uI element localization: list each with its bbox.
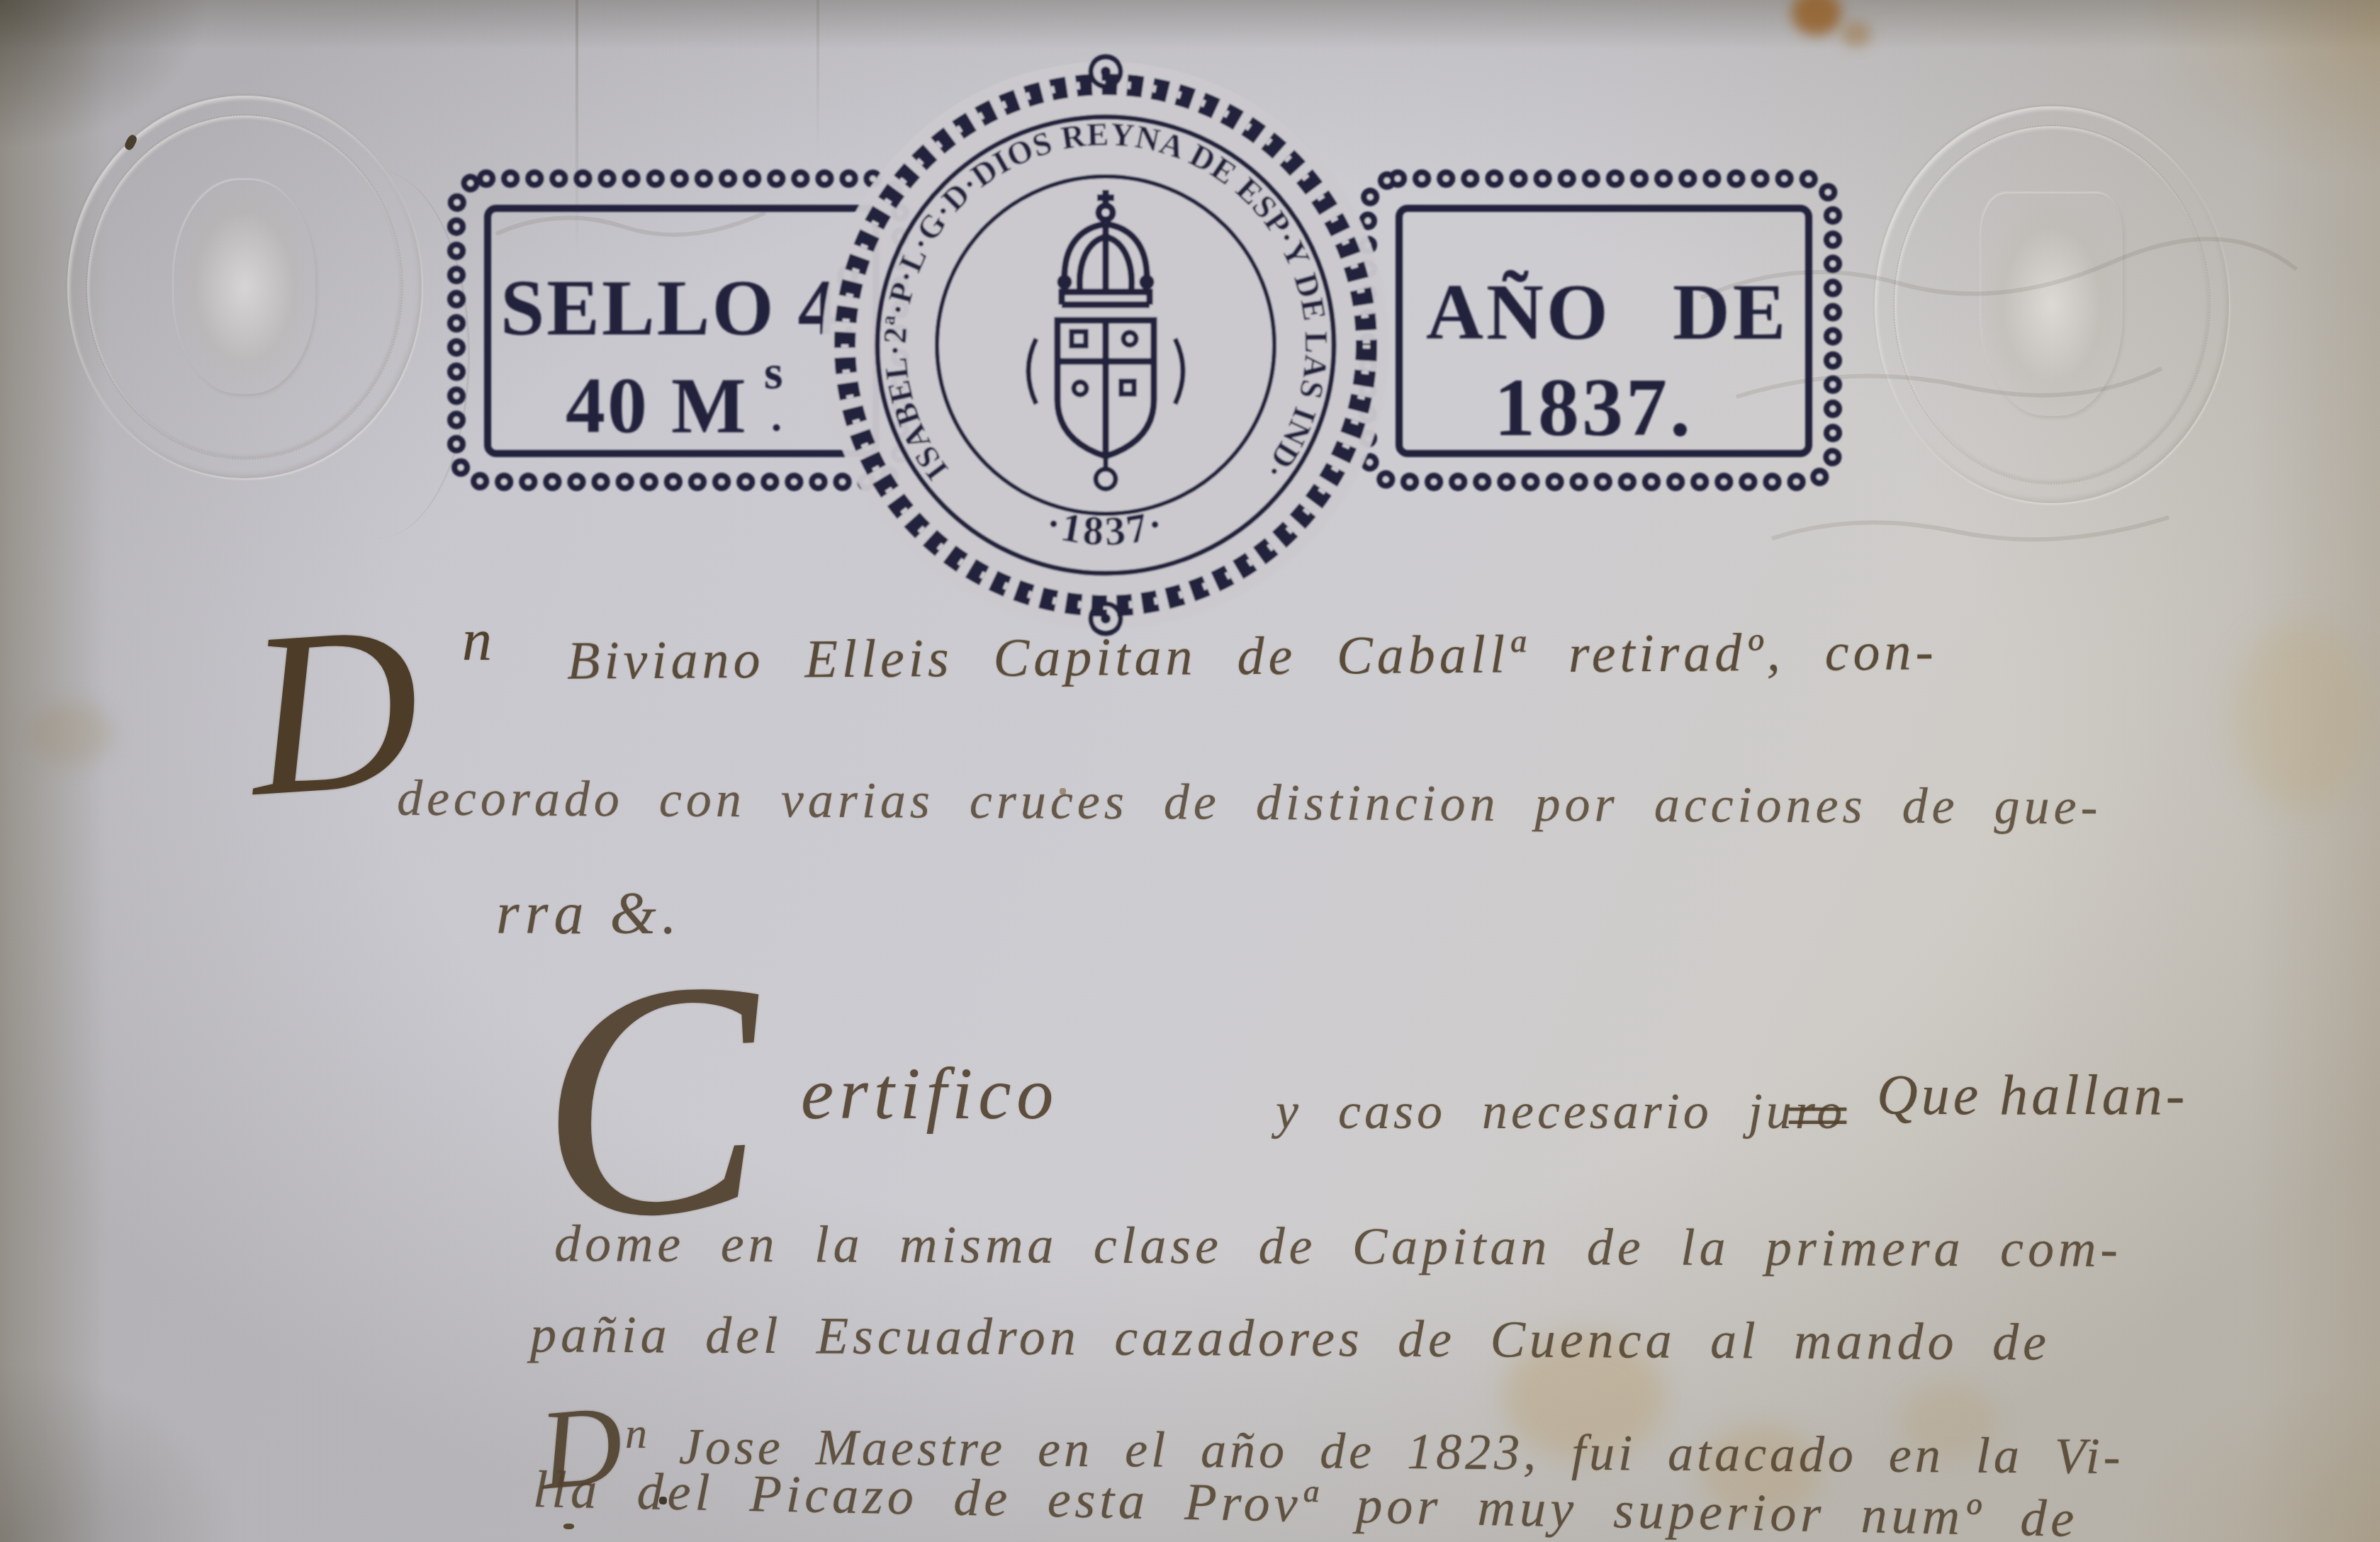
document-photo: SELLO 4 o . 40 M s . AÑO DE 1837. — [0, 0, 2380, 1542]
manuscript-line-4-end: Que hallan- — [1877, 1067, 2188, 1124]
manuscript-line-7-initial-sup: n — [625, 1412, 647, 1456]
manuscript-line-2: decorado con varias cruces de distincion… — [397, 772, 2102, 833]
tax-stamp-right-box: AÑO DE 1837. — [1368, 179, 1833, 482]
manuscript-equals-sign: = — [1775, 1083, 1858, 1148]
sello-line2-dot: . — [771, 393, 782, 440]
wreath-bottom-medallion-dot — [1101, 614, 1111, 624]
sello-line2-sup: s — [764, 345, 782, 399]
manuscript-certifico: ertifico — [801, 1057, 1059, 1131]
sello-line1: SELLO 4 — [500, 264, 840, 352]
manuscript-line-4-mid: y caso necesario juro — [1276, 1086, 1846, 1137]
wreath-top-medallion-dot — [1101, 67, 1111, 77]
ano-de-line1: AÑO DE — [1426, 269, 1788, 356]
manuscript-initial-d-sup: n — [462, 611, 492, 670]
sello-line2: 40 M — [566, 362, 748, 450]
manuscript-line-1: Biviano Elleis Capitan de Caballª retira… — [567, 624, 1938, 687]
manuscript-line-6: pañia del Escuadron cazadores de Cuenca … — [530, 1308, 2050, 1368]
manuscript-line-5: dome en la misma clase de Capitan de la … — [554, 1217, 2122, 1276]
ano-de-line2: 1837. — [1494, 363, 1693, 454]
tax-stamp-group: SELLO 4 o . 40 M s . AÑO DE 1837. — [456, 57, 1833, 634]
